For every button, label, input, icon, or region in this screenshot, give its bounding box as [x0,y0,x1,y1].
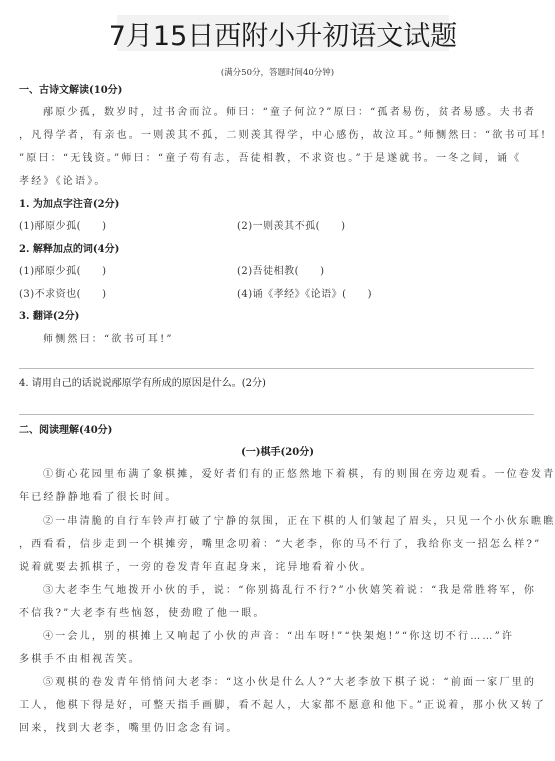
story-line: ，西看看，信步走到一个棋摊旁，嘴里念叨着：“大老李，你的马不行了，我给你支一招怎… [19,538,534,552]
q2-item-2: (2)吾徒相教( ) [237,265,324,279]
story-line: 不信我?”大老李有些恼怒，使劲瞪了他一眼。 [19,607,534,621]
q2-item-4: (4)诵《孝经》《论语》( ) [237,288,372,302]
q2-item-1: (1)邴原少孤( ) [19,266,106,277]
story-line: 多棋手不由相视苦笑。 [19,653,534,667]
passage-line: ，凡得学者，有亲也。一则羡其不孤，二则羡其得学，中心感伤，故泣耳。”师恻然曰：“… [19,129,534,143]
story-line: ①街心花园里布满了象棋摊，爱好者们有的正悠然地下着棋，有的则围在旁边观看。一位卷… [43,468,555,482]
page-title: 7月15日西附小升初语文试题 [109,14,458,53]
story-line: 说着就要去抓棋子，一旁的卷发青年直起身来，诧异地看着小伙。 [19,561,534,575]
q3-heading: 3. 翻译(2分) [19,310,534,324]
q4-heading: 4. 请用自己的话说说邴原学有所成的原因是什么。(2分) [19,377,534,391]
q1-item-1: (1)邴原少孤( ) [19,221,106,232]
passage-line: ”原曰：“无钱资。”师曰：“童子苟有志，吾徒相教，不求资也。”于是遂就书。一冬之… [19,152,534,166]
story-line: ④一会儿，别的棋摊上又响起了小伙的声音：“出车呀!”“快架炮!”“你这切不行……… [43,630,555,644]
q2-row: (1)邴原少孤( ) (2)吾徒相教( ) [19,265,534,279]
q2-item-3: (3)不求资也( ) [19,289,106,300]
answer-line [19,414,534,415]
q2-row: (3)不求资也( ) (4)诵《孝经》《论语》( ) [19,288,534,302]
story-line: ⑤观棋的卷发青年悄悄问大老李：“这小伙是什么人?”大老李放下棋子说：“前面一家厂… [43,676,555,690]
story-line: 回来，找到大老李，嘴里仍旧念念有词。 [19,722,534,736]
story-line: ③大老李生气地拨开小伙的手，说：“你别捣乱行不行?”小伙嬉笑着说：“我是常胜将军… [43,584,555,598]
q1-heading: 1. 为加点字注音(2分) [19,198,534,212]
q1-row: (1)邴原少孤( ) (2)一则羡其不孤( ) [19,220,534,234]
section1-heading: 一、古诗文解读(10分) [19,84,534,98]
q1-item-2: (2)一则羡其不孤( ) [237,220,345,234]
story-line: 工人，他棋下得是好，可整天指手画脚，看不起人，大家都不愿意和他下。”正说着，那小… [19,699,534,713]
story-line: ②一串清脆的自行车铃声打破了宁静的氛围，正在下棋的人们皱起了眉头，只见一个小伙东… [43,515,555,529]
q3-text: 师恻然曰：“欲书可耳!” [43,333,555,347]
story-line: 年已经静静地看了很长时间。 [19,491,534,505]
answer-line [19,368,534,369]
passage-line: 孝经》《论语》。 [19,175,534,189]
q2-heading: 2. 解释加点的词(4分) [19,243,534,257]
section2-heading: 二、阅读理解(40分) [19,424,534,438]
passage-line: 邴原少孤，数岁时，过书舍而泣。师曰：“童子何泣?”原曰：“孤者易伤，贫者易感。夫… [43,106,555,120]
section2-subheading: (一)棋手(20分) [0,446,555,460]
page-subtitle: (满分50分，答题时间40分钟) [0,66,555,78]
title-box: 7月15日西附小升初语文试题 [117,15,449,51]
